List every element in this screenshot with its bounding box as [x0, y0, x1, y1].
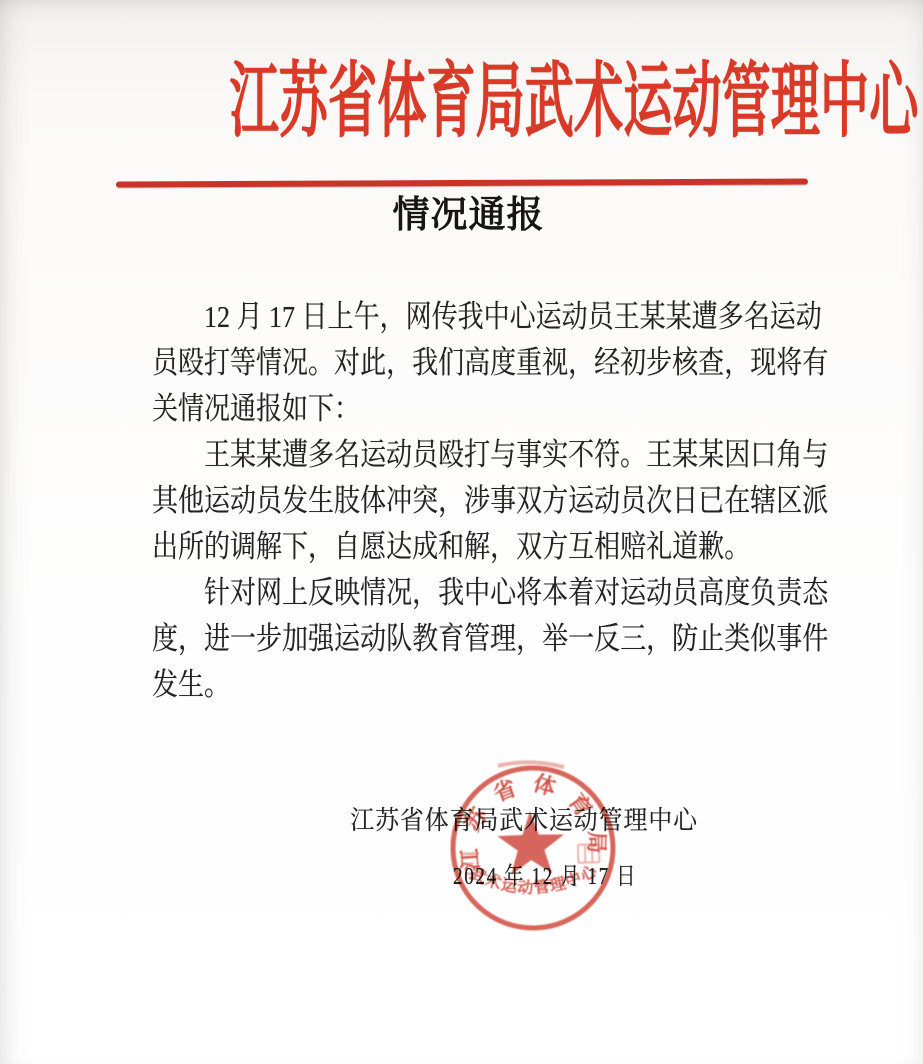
signature-block: 江苏省体育局武术运动管理中心 2024 年 12 月 17 日	[0, 804, 923, 892]
body-line: 王某某遭多名运动员殴打与事实不符。王某某因口角与	[152, 432, 790, 478]
body-line: 发生。	[152, 662, 790, 708]
signature-org-text: 江苏省体育局武术运动管理中心	[350, 804, 698, 838]
seal-smudge-mark	[498, 761, 564, 769]
body-line: 关情况通报如下：	[152, 386, 790, 432]
letterhead: 江苏省体育局武术运动管理中心 情况通报	[0, 0, 923, 238]
paragraph-3: 针对网上反映情况，我中心将本着对运动员高度负责态 度，进一步加强运动队教育管理，…	[152, 570, 912, 708]
signature-date: 2024 年 12 月 17 日	[0, 862, 923, 892]
body-line: 员殴打等情况。对此，我们高度重视，经初步核查，现将有	[152, 340, 790, 386]
body-line: 针对网上反映情况，我中心将本着对运动员高度负责态	[152, 570, 790, 616]
body-line: 度，进一步加强运动队教育管理，举一反三，防止类似事件	[152, 616, 790, 662]
doc-title: 情况通报	[0, 194, 923, 238]
body-line: 出所的调解下，自愿达成和解，双方互相赔礼道歉。	[152, 524, 790, 570]
letterhead-divider-rule	[115, 178, 807, 187]
signature-org: 江苏省体育局武术运动管理中心	[0, 804, 923, 838]
signature-date-text: 2024 年 12 月 17 日	[453, 862, 637, 892]
org-title: 江苏省体育局武术运动管理中心	[0, 56, 923, 148]
paragraph-1: 12 月 17 日上午，网传我中心运动员王某某遭多名运动 员殴打等情况。对此，我…	[152, 294, 912, 432]
org-title-text: 江苏省体育局武术运动管理中心	[230, 56, 919, 148]
paragraph-2: 王某某遭多名运动员殴打与事实不符。王某某因口角与 其他运动员发生肢体冲突，涉事双…	[152, 432, 912, 570]
body-line: 12 月 17 日上午，网传我中心运动员王某某遭多名运动	[152, 294, 790, 340]
notice-document-page: 江苏省体育局武术运动管理中心 情况通报 12 月 17 日上午，网传我中心运动员…	[0, 0, 923, 1064]
body-line: 其他运动员发生肢体冲突，涉事双方运动员次日已在辖区派	[152, 478, 790, 524]
notice-body: 12 月 17 日上午，网传我中心运动员王某某遭多名运动 员殴打等情况。对此，我…	[0, 294, 912, 708]
